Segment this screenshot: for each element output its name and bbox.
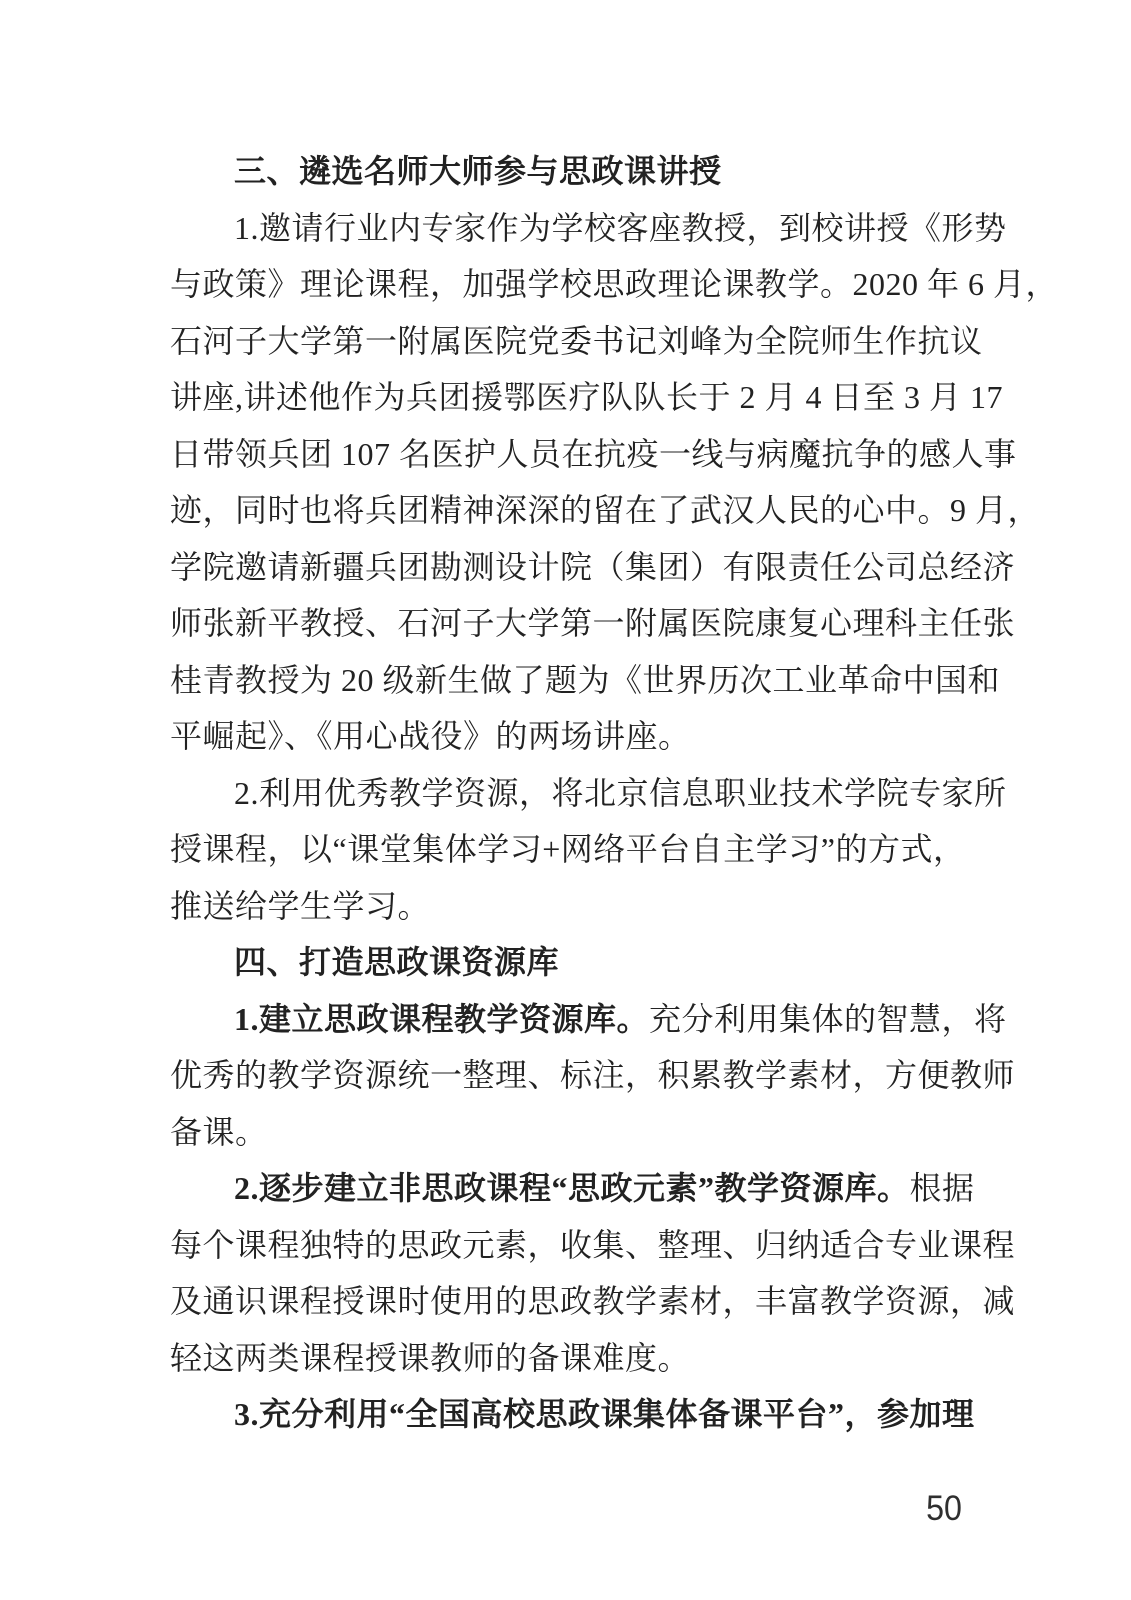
text-line: 学院邀请新疆兵团勘测设计院（集团）有限责任公司总经济 [170,539,962,596]
document-body: 三、遴选名师大师参与思政课讲授 1.邀请行业内专家作为学校客座教授，到校讲授《形… [170,143,962,1443]
document-page: 三、遴选名师大师参与思政课讲授 1.邀请行业内专家作为学校客座教授，到校讲授《形… [0,0,1131,1600]
text-line: 及通识课程授课时使用的思政教学素材，丰富教学资源，减 [170,1273,962,1330]
section-heading-4: 四、打造思政课资源库 [170,934,962,991]
text-line: 平崛起》、《用心战役》的两场讲座。 [170,708,962,765]
text-line: 1.邀请行业内专家作为学校客座教授，到校讲授《形势 [170,200,962,257]
text-line: 师张新平教授、石河子大学第一附属医院康复心理科主任张 [170,595,962,652]
text-line: 轻这两类课程授课教师的备课难度。 [170,1330,962,1387]
text-line: 迹，同时也将兵团精神深深的留在了武汉人民的心中。9 月， [170,482,962,539]
text-line: 推送给学生学习。 [170,878,962,935]
text-line: 与政策》理论课程，加强学校思政理论课教学。2020 年 6 月， [170,256,962,313]
page-number: 50 [926,1491,962,1526]
section-heading-3: 三、遴选名师大师参与思政课讲授 [170,143,962,200]
text-line: 石河子大学第一附属医院党委书记刘峰为全院师生作抗议 [170,313,962,370]
text-line: 2.利用优秀教学资源，将北京信息职业技术学院专家所 [170,765,962,822]
text-line: 优秀的教学资源统一整理、标注，积累教学素材，方便教师 [170,1047,962,1104]
text-line: 讲座,讲述他作为兵团援鄂医疗队队长于 2 月 4 日至 3 月 17 [170,369,962,426]
text-line: 2.逐步建立非思政课程“思政元素”教学资源库。根据 [170,1160,962,1217]
text-line: 桂青教授为 20 级新生做了题为《世界历次工业革命中国和 [170,652,962,709]
text-line: 备课。 [170,1104,962,1161]
text-line: 授课程，以“课堂集体学习+网络平台自主学习”的方式， [170,821,962,878]
text-line: 3.充分利用“全国高校思政课集体备课平台”，参加理 [170,1386,962,1443]
text-line: 每个课程独特的思政元素，收集、整理、归纳适合专业课程 [170,1217,962,1274]
heading-text: 四、打造思政课资源库 [234,944,559,980]
heading-text: 三、遴选名师大师参与思政课讲授 [234,153,722,189]
text-line: 日带领兵团 107 名医护人员在抗疫一线与病魔抗争的感人事 [170,426,962,483]
text-line: 1.建立思政课程教学资源库。充分利用集体的智慧，将 [170,991,962,1048]
